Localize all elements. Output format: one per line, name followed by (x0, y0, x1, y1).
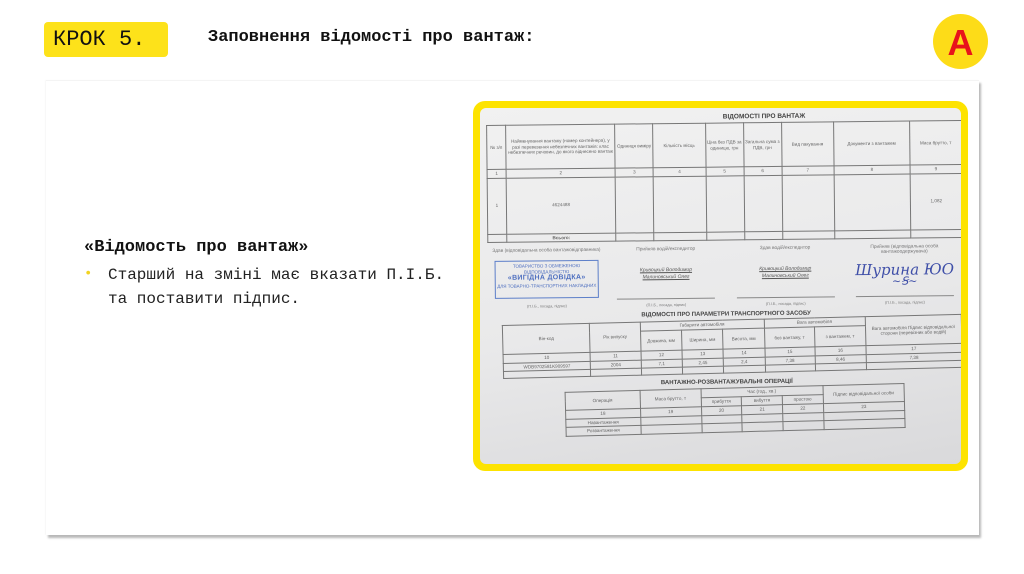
company-stamp: ТОВАРИСТВО З ОБМЕЖЕНОЮ ВІДПОВІДАЛЬНІСТЮ … (495, 260, 599, 299)
signature-block-sender: Здав (відповідальна особа вантажовідправ… (491, 248, 602, 311)
table-row: 1 4624488 1,082 (487, 173, 961, 234)
table-cell (742, 422, 783, 432)
header-cell: Документи з вантажем (833, 121, 909, 166)
table-cell (834, 174, 911, 231)
signature-caption: (П.І.Б., посада, підпис) (850, 300, 960, 305)
step-badge: КРОК 5. (44, 22, 168, 57)
header-cell: без вантажу, т (764, 327, 815, 348)
table-cell (641, 424, 702, 434)
document-photo-frame: ВІДОМОСТІ ПРО ВАНТАЖ № з/п Найменування … (473, 101, 968, 471)
signature-line (737, 296, 835, 298)
operation-label: Розвантаження (566, 425, 641, 435)
signature-caption: (П.І.Б., посада, підпис) (731, 301, 841, 306)
table-cell: 4624488 (506, 177, 616, 234)
table-cell: 1,082 (910, 173, 961, 230)
table-cell (503, 369, 590, 378)
header-cell: № з/п (487, 125, 506, 169)
stamp-line: ТОВАРИСТВО З ОБМЕЖЕНОЮ ВІДПОВІДАЛЬНІСТЮ (513, 263, 580, 274)
cargo-document: ВІДОМОСТІ ПРО ВАНТАЖ № з/п Найменування … (486, 111, 961, 434)
table-cell: 1 (487, 178, 507, 234)
instruction-block: «Відомость про вантаж» • Старший на змін… (84, 238, 448, 311)
header-cell: Вид пакування (781, 122, 834, 167)
signature-caption: (П.І.Б., посада, підпис) (611, 303, 721, 308)
header-cell: Ціна без ПДВ за одиницю, грн (705, 123, 743, 167)
header-cell: Операція (565, 390, 640, 410)
table-cell (488, 234, 507, 243)
table-cell (706, 175, 745, 231)
header-cell: Довжина, мм (640, 330, 682, 351)
signatures-row: Здав (відповідальна особа вантажовідправ… (487, 244, 961, 311)
driver-name: Малиновський Олег (730, 272, 840, 280)
table-cell (866, 360, 961, 369)
signature-block-driver-received: Прийняв водій/експедитор Кривоцкий Волод… (611, 247, 722, 310)
bullet-item: • Старший на зміні має вказати П.І.Б. та… (84, 263, 448, 311)
total-label: Всього: (507, 233, 616, 243)
table-cell (765, 364, 816, 372)
column-number: 1 (487, 169, 506, 178)
header-cell: з вантажем, т (815, 326, 866, 347)
table-cell (782, 174, 835, 231)
logo-letter-icon: A (948, 25, 974, 61)
table-cell (702, 423, 743, 433)
table-cell (744, 175, 783, 231)
table-cell (824, 418, 906, 429)
signature-label: Прийняв водій/експедитор (611, 247, 721, 262)
header-cell: Маса брутто, т (909, 121, 961, 166)
section-heading: «Відомость про вантаж» (84, 238, 448, 257)
vehicle-table: Він-код Рік випуску Габарити автомобіля … (502, 314, 961, 379)
signature-line (617, 298, 715, 300)
table-cell (682, 366, 723, 374)
header-cell: Найменування вантажу (номер контейнера),… (506, 124, 616, 169)
table-cell (910, 229, 961, 238)
document-photo: ВІДОМОСТІ ПРО ВАНТАЖ № з/п Найменування … (480, 108, 961, 464)
logo: A (933, 14, 988, 69)
table-cell (815, 363, 866, 371)
table-cell (724, 365, 765, 373)
table-cell (653, 176, 706, 233)
signature-caption: (П.І.Б., посада, підпис) (492, 304, 602, 309)
header-cell: Вага автомобіля Підпис відповідальної ст… (865, 314, 961, 345)
signature-label: Прийняв (відповідальна особа вантажоодер… (849, 244, 959, 259)
header-cell: Одиниця виміру (615, 124, 653, 168)
signature-block-driver-handed: Здав водій/експедитор Кривоцкий Володими… (730, 245, 841, 308)
stamp-line: ДЛЯ ТОВАРНО-ТРАНСПОРТНИХ НАКЛАДНИХ (497, 283, 596, 289)
table-cell (783, 421, 824, 431)
table-cell (615, 176, 654, 232)
table-cell (744, 231, 782, 240)
signature-block-receiver: Прийняв (відповідальна особа вантажоодер… (849, 244, 960, 307)
signature-line (856, 295, 954, 297)
header-cell: Ширина, мм (681, 329, 723, 350)
table-cell (706, 231, 744, 240)
header-cell: Загальна сума з ПДВ, грн (743, 122, 781, 166)
cargo-table: № з/п Найменування вантажу (номер контей… (486, 120, 961, 243)
table-cell (834, 230, 910, 239)
driver-name: Малиновський Олег (611, 274, 721, 282)
table-cell (654, 232, 706, 241)
header-cell: Маса брутто, т (640, 389, 701, 409)
bullet-text: Старший на зміні має вказати П.І.Б. та п… (108, 263, 448, 311)
page-title: Заповнення відомості про вантаж: (208, 28, 534, 47)
header-cell: Він-код (502, 323, 590, 354)
header-cell: Висота, мм (723, 328, 765, 349)
header-cell: Рік випуску (590, 322, 641, 352)
table-cell (591, 368, 642, 376)
header-cell: Кількість місць (653, 123, 706, 168)
table-cell (782, 230, 834, 239)
header-cell: Підпис відповідальної особи (823, 383, 905, 403)
operations-table: Операція Маса брутто, т Час (год., хв.) … (565, 383, 906, 436)
table-cell (616, 232, 654, 241)
bullet-dot-icon: • (84, 263, 108, 311)
signature-label: Здав водій/експедитор (730, 245, 840, 260)
table-cell (641, 367, 682, 375)
